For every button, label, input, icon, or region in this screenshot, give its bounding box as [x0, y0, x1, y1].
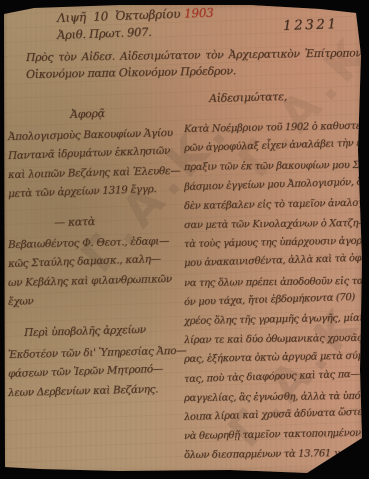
handwritten-line: ρῶν ἀγροφύλαξ εἶχεν ἀναλάβει τὴν εἴσ—: [184, 134, 363, 159]
summary-block-1: Ἀπολογισμοὺς Βακουφίων ἉγίουΠαντανᾶ ἱδρυ…: [8, 128, 180, 204]
archive-number: 12321: [283, 16, 339, 34]
summary-block-3: Ἐκδοτέον τῶν δι' Ὑπηρεσίας Ἀπο—φάσεων τῶ…: [8, 346, 180, 403]
salutation: Αἰδεσιμώτατε,: [209, 88, 363, 105]
summary-block-2: Βεβαιωθέντος Φ. Θεοτ., ἐδαφι—κῶς Σταύλης…: [8, 236, 180, 312]
letter-body-column: Αἰδεσιμώτατε, Κατὰ Νοέμβριον τοῦ 1902 ὁ …: [184, 92, 363, 466]
recipient-address: Πρὸς τὸν Αἰδεσ. Αἰδεσιμώτατον τὸν Ἀρχιερ…: [26, 49, 362, 83]
handwritten-line: νὰ θεωρηθῇ ταμεῖον τακτοποιημένον καὶ ἔκ…: [184, 424, 363, 447]
photo-background: Γ.Α.Κ. Γ.Α.Κ. Γ.Α.Κ. Λιψῆ 10 Ὀκτωβρίου19…: [0, 0, 369, 479]
date-year: 1903: [184, 6, 214, 21]
date-line: Λιψῆ 10 Ὀκτωβρίου1903: [57, 6, 214, 25]
summary-column: Ἀφορᾷ Ἀπολογισμοὺς Βακουφίων ἉγίουΠανταν…: [8, 108, 180, 403]
handwritten-line: μου ἀνακαινισθέντα, ἀλλὰ καὶ τὰ ὀφειλόμε…: [184, 249, 363, 274]
handwritten-line: χρέος ὅλης τῆς γραμμῆς ἀγωγῆς, μίαν: [184, 309, 363, 332]
summary-heading: — κατὰ: [54, 213, 180, 229]
handwritten-line: λεων Δερβενίων καὶ Βεζάνης.: [8, 380, 180, 403]
letter-body-text: Κατὰ Νοέμβριον τοῦ 1902 ὁ καθυστε—ρῶν ἀγ…: [184, 120, 363, 466]
summary-heading: Ἀφορᾷ: [70, 104, 180, 121]
handwritten-line: δὲν κατέβαλεν εἰς τὸ ταμεῖον ἀναλογοῦ—: [184, 193, 363, 216]
letter-page: Γ.Α.Κ. Γ.Α.Κ. Γ.Α.Κ. Λιψῆ 10 Ὀκτωβρίου19…: [0, 0, 369, 479]
handwritten-line: ὅλων διεσπαρμένων τὰ 13.761 γροσίων.: [184, 444, 363, 465]
summary-heading: Περὶ ὑποβολῆς ἀρχείων: [24, 323, 180, 339]
protocol-number: Ἀριθ. Πρωτ. 907.: [57, 25, 152, 42]
date-place-text: Λιψῆ 10 Ὀκτωβρίου: [57, 7, 181, 25]
